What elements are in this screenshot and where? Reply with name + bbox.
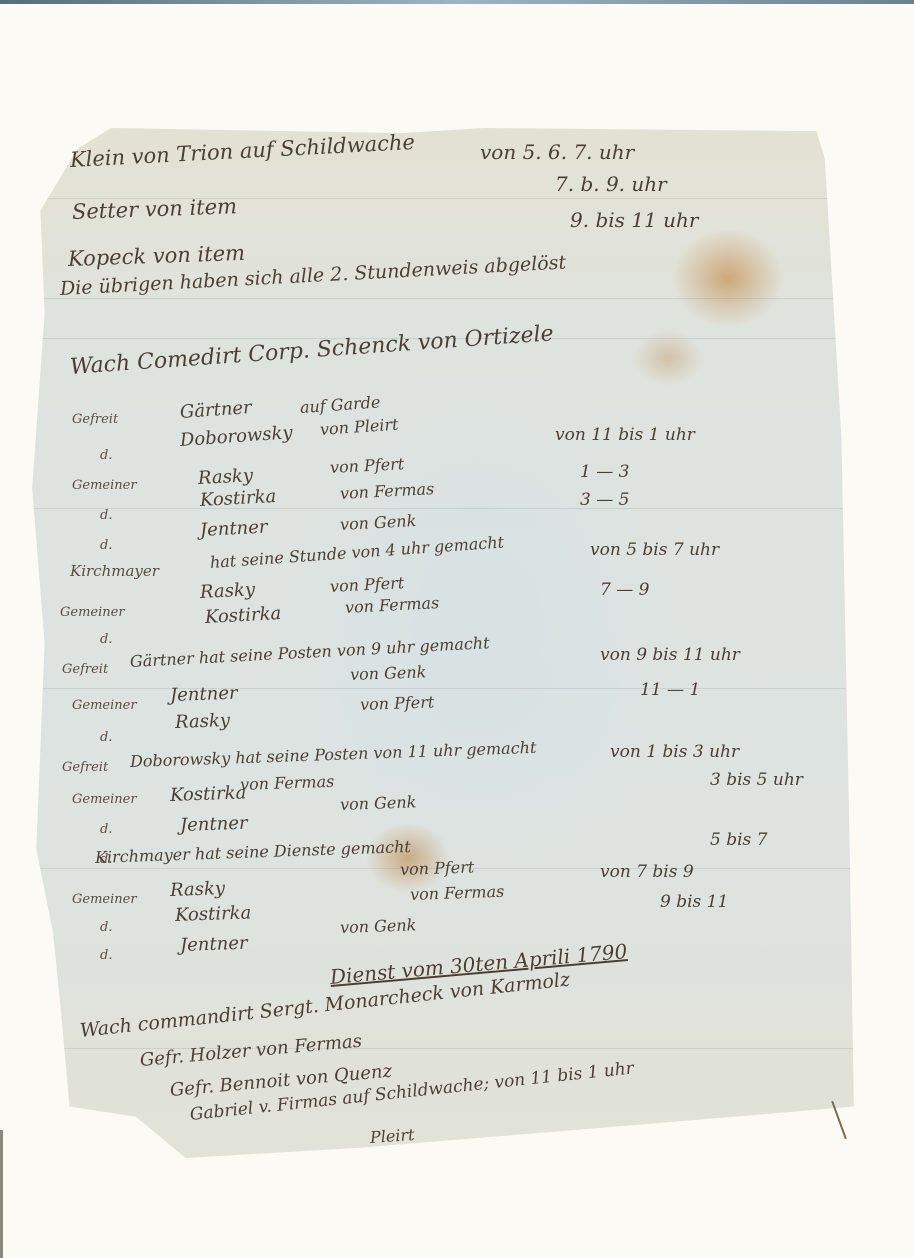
entry-name: Rasky [199, 579, 255, 603]
rank-label: d. [100, 730, 112, 745]
rank-label: d. [100, 632, 112, 647]
rank-label: d. [100, 538, 112, 553]
entry-from: von Genk [340, 792, 417, 814]
entry-hours: 7 — 9 [600, 580, 649, 600]
entry-name: Rasky [175, 710, 231, 733]
rank-label: Gefreit [72, 412, 118, 427]
rank-label: Gefreit [62, 760, 108, 775]
entry-hours: 9 bis 11 [660, 892, 728, 912]
entry-hours: 7. b. 9. uhr [555, 172, 667, 196]
entry-from: von Pfert [330, 454, 405, 477]
entry-name: Rasky [197, 465, 253, 489]
entry-text: Pleirt [369, 1125, 415, 1147]
entry-from: von Fermas [240, 772, 335, 794]
rank-label: d. [100, 948, 112, 963]
rank-label: Gefreit [62, 662, 108, 677]
entry-name: Rasky [170, 878, 226, 901]
rank-label: Gemeiner [72, 792, 137, 807]
entry-name: Kostirka [175, 902, 252, 926]
entry-from: von Pfert [360, 692, 435, 714]
entry-hours: von 1 bis 3 uhr [610, 742, 739, 762]
rank-label: Gemeiner [72, 478, 137, 493]
entry-from: von Genk [340, 511, 417, 534]
entry-hours: 11 — 1 [640, 680, 700, 700]
rank-label: d. [100, 920, 112, 935]
rank-label: d. [100, 448, 112, 463]
entry-from: von Fermas [410, 882, 505, 904]
entry-name: Jentner [170, 683, 238, 706]
entry-name: Kostirka [204, 603, 281, 628]
ruled-line [28, 298, 858, 299]
entry-name: Jentner [180, 813, 248, 836]
rank-label: Gemeiner [72, 698, 137, 713]
ruled-line [28, 508, 858, 509]
entry-from: von Genk [350, 662, 427, 684]
entry-name: Jentner [180, 933, 248, 956]
scanner-edge [0, 0, 914, 4]
entry-hours: 3 bis 5 uhr [710, 770, 803, 790]
entry-hours: 3 — 5 [580, 490, 629, 510]
entry-hours: 9. bis 11 uhr [570, 208, 698, 232]
rank-label: d. [100, 822, 112, 837]
entry-hours: von 9 bis 11 uhr [600, 645, 740, 665]
rank-label: Gemeiner [72, 892, 137, 907]
entry-name: Kostirka [199, 486, 276, 511]
entry-from: von Genk [340, 915, 417, 937]
entry-hours: von 7 bis 9 [600, 862, 694, 882]
entry-hours: 5 bis 7 [710, 830, 767, 850]
scanner-edge-left [0, 1130, 3, 1258]
rank-label: Kirchmayer [70, 562, 159, 580]
entry-from: von Pfert [330, 573, 405, 596]
entry-hours: von 5. 6. 7. uhr [480, 140, 634, 164]
entry-hours: von 5 bis 7 uhr [590, 540, 719, 560]
entry-name: Jentner [199, 516, 268, 541]
entry-name: Kostirka [170, 782, 247, 806]
rank-label: d. [100, 508, 112, 523]
entry-hours: 1 — 3 [580, 462, 629, 482]
ruled-line [28, 688, 858, 689]
entry-hours: von 11 bis 1 uhr [555, 425, 695, 445]
rank-label: Gemeiner [60, 605, 125, 620]
entry-from: von Pfert [400, 857, 475, 879]
